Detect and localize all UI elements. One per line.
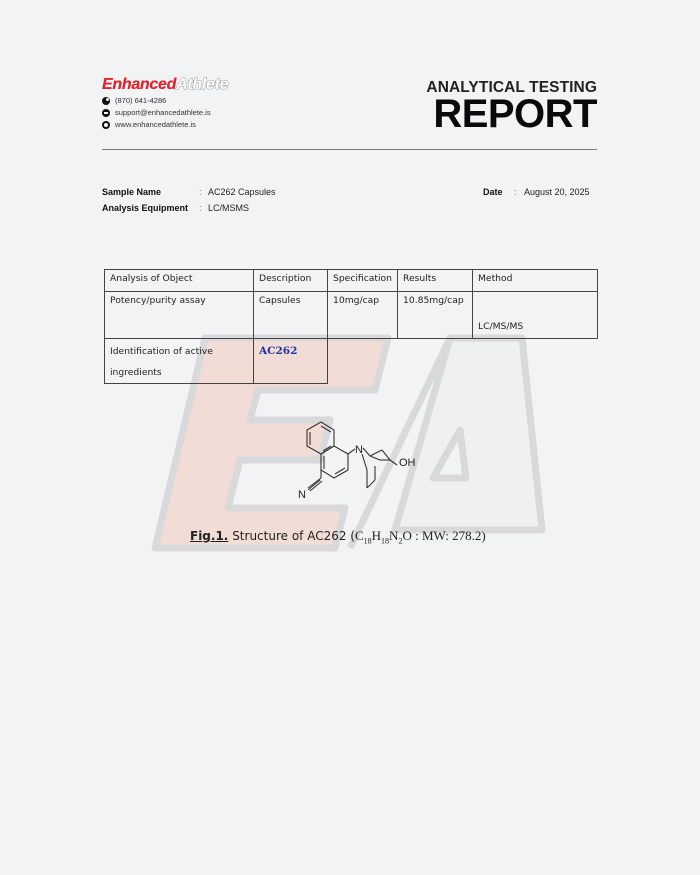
phone-text: (870) 641-4286 <box>115 96 166 105</box>
equipment-row: Analysis Equipment:LC/MSMS <box>102 203 249 213</box>
website-text[interactable]: www.enhancedathlete.is <box>115 120 196 129</box>
separator: : <box>514 187 524 197</box>
date-row: Date:August 20, 2025 <box>483 187 590 197</box>
header-results: Results <box>398 270 473 292</box>
cell-results: 10.85mg/cap <box>398 292 473 339</box>
cell-method: LC/MS/MS <box>473 292 598 339</box>
equipment-value: LC/MSMS <box>208 203 249 213</box>
table-row: Potency/purity assay Capsules 10mg/cap 1… <box>105 292 598 339</box>
brand-name-secondary: Athlete <box>176 76 228 93</box>
header-method: Method <box>473 270 598 292</box>
table-header-row: Analysis of Object Description Specifica… <box>105 270 598 292</box>
cell-analysis: Potency/purity assay <box>105 292 254 339</box>
compound-name: AC262 <box>259 345 297 357</box>
report-heading: ANALYTICAL TESTING REPORT <box>426 79 597 133</box>
brand-name-primary: Enhanced <box>102 76 176 93</box>
contact-phone: (870) 641-4286 <box>102 96 166 105</box>
formula-h-count: 18 <box>381 537 389 546</box>
caption-text: Structure of AC262 ( <box>228 529 355 543</box>
empty-cell <box>328 339 598 384</box>
cell-description: AC262 <box>254 339 328 384</box>
equipment-label: Analysis Equipment <box>102 203 199 213</box>
report-title: REPORT <box>426 95 597 133</box>
molecular-formula: C18H18N2O : MW: 278.2) <box>355 528 486 543</box>
brand-logo: EnhancedAthlete <box>102 76 228 94</box>
cell-analysis: Identification of active ingredients <box>105 339 254 384</box>
atom-n-label: N <box>355 444 363 456</box>
separator: : <box>199 187 208 197</box>
cell-description: Capsules <box>254 292 328 339</box>
hydroxyl-label: OH <box>399 457 416 469</box>
globe-icon <box>102 121 110 129</box>
sample-name-label: Sample Name <box>102 187 199 197</box>
sample-name-value: AC262 Capsules <box>208 187 276 197</box>
atom-nitrile-n-label: N <box>298 489 306 501</box>
date-value: August 20, 2025 <box>524 187 590 197</box>
contact-email: support@enhancedathlete.is <box>102 108 211 117</box>
figure-number: Fig.1. <box>190 529 228 543</box>
cell-specification: 10mg/cap <box>328 292 398 339</box>
date-label: Date <box>483 187 514 197</box>
formula-c: C <box>355 528 364 543</box>
header-analysis-of-object: Analysis of Object <box>105 270 254 292</box>
table-row: Identification of active ingredients AC2… <box>105 339 598 384</box>
header-description: Description <box>254 270 328 292</box>
sample-name-row: Sample Name:AC262 Capsules <box>102 187 276 197</box>
email-text[interactable]: support@enhancedathlete.is <box>115 108 211 117</box>
formula-h: H <box>372 528 381 543</box>
phone-icon <box>102 97 110 105</box>
caption-suffix: : MW: 278.2) <box>412 528 486 543</box>
ac262-structure-diagram: N N OH <box>270 418 440 518</box>
results-table: Analysis of Object Description Specifica… <box>104 269 598 384</box>
formula-o: O <box>402 528 411 543</box>
separator: : <box>199 203 208 213</box>
mail-icon <box>102 109 110 117</box>
header-specification: Specification <box>328 270 398 292</box>
contact-website: www.enhancedathlete.is <box>102 120 196 129</box>
formula-c-count: 18 <box>364 537 372 546</box>
figure-caption: Fig.1. Structure of AC262 (C18H18N2O : M… <box>190 528 486 546</box>
header-divider <box>102 149 597 150</box>
